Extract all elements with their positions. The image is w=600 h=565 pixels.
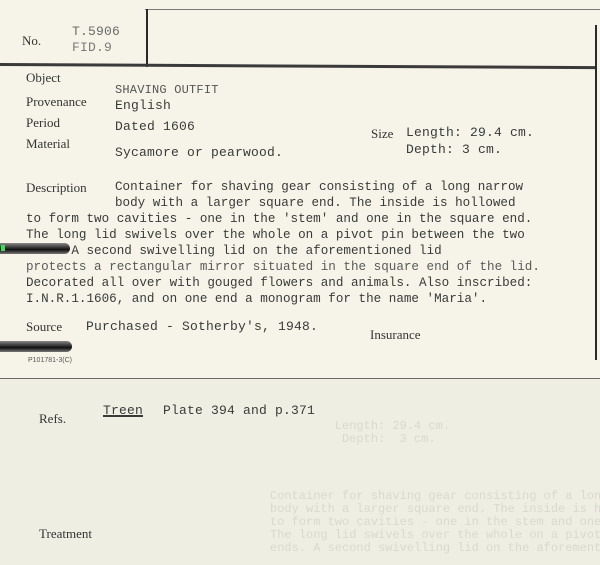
size-length: Length: 29.4 cm. bbox=[406, 125, 534, 140]
binder-clip-icon bbox=[0, 243, 70, 254]
size-label: Size bbox=[371, 126, 393, 142]
provenance-label: Provenance bbox=[26, 94, 87, 110]
treatment-label: Treatment bbox=[39, 526, 92, 542]
material-label: Material bbox=[26, 136, 70, 152]
object-label: Object bbox=[26, 70, 61, 86]
period-label: Period bbox=[26, 115, 60, 131]
source-value: Purchased - Sotherby's, 1948. bbox=[86, 319, 318, 334]
right-border bbox=[595, 25, 597, 360]
size-depth: Depth: 3 cm. bbox=[406, 142, 502, 157]
insurance-label: Insurance bbox=[370, 327, 421, 343]
card-edge bbox=[0, 378, 600, 379]
show-through-text: Length: 29.4 cm. Depth: 3 cm. bbox=[270, 420, 450, 446]
refs-book: Treen bbox=[103, 403, 143, 418]
number-divider bbox=[146, 9, 148, 67]
refs-label: Refs. bbox=[39, 411, 66, 427]
refs-detail: Plate 394 and p.371 bbox=[163, 403, 315, 418]
source-label: Source bbox=[26, 319, 62, 335]
period-value: Dated 1606 bbox=[115, 119, 195, 134]
form-code: P101781-3(C) bbox=[28, 357, 72, 364]
number-label: No. bbox=[22, 33, 41, 49]
top-border bbox=[145, 9, 600, 10]
description-label: Description bbox=[26, 180, 87, 196]
fid-number: FID.9 bbox=[72, 40, 112, 55]
object-value: SHAVING OUTFIT bbox=[115, 83, 219, 97]
show-through-text: Container for shaving gear consisting of… bbox=[270, 490, 600, 555]
clip-highlight bbox=[1, 245, 5, 251]
material-value: Sycamore or pearwood. bbox=[115, 145, 283, 160]
provenance-value: English bbox=[115, 98, 171, 113]
binder-clip-icon bbox=[0, 341, 72, 352]
accession-number: T.5906 bbox=[72, 24, 120, 39]
